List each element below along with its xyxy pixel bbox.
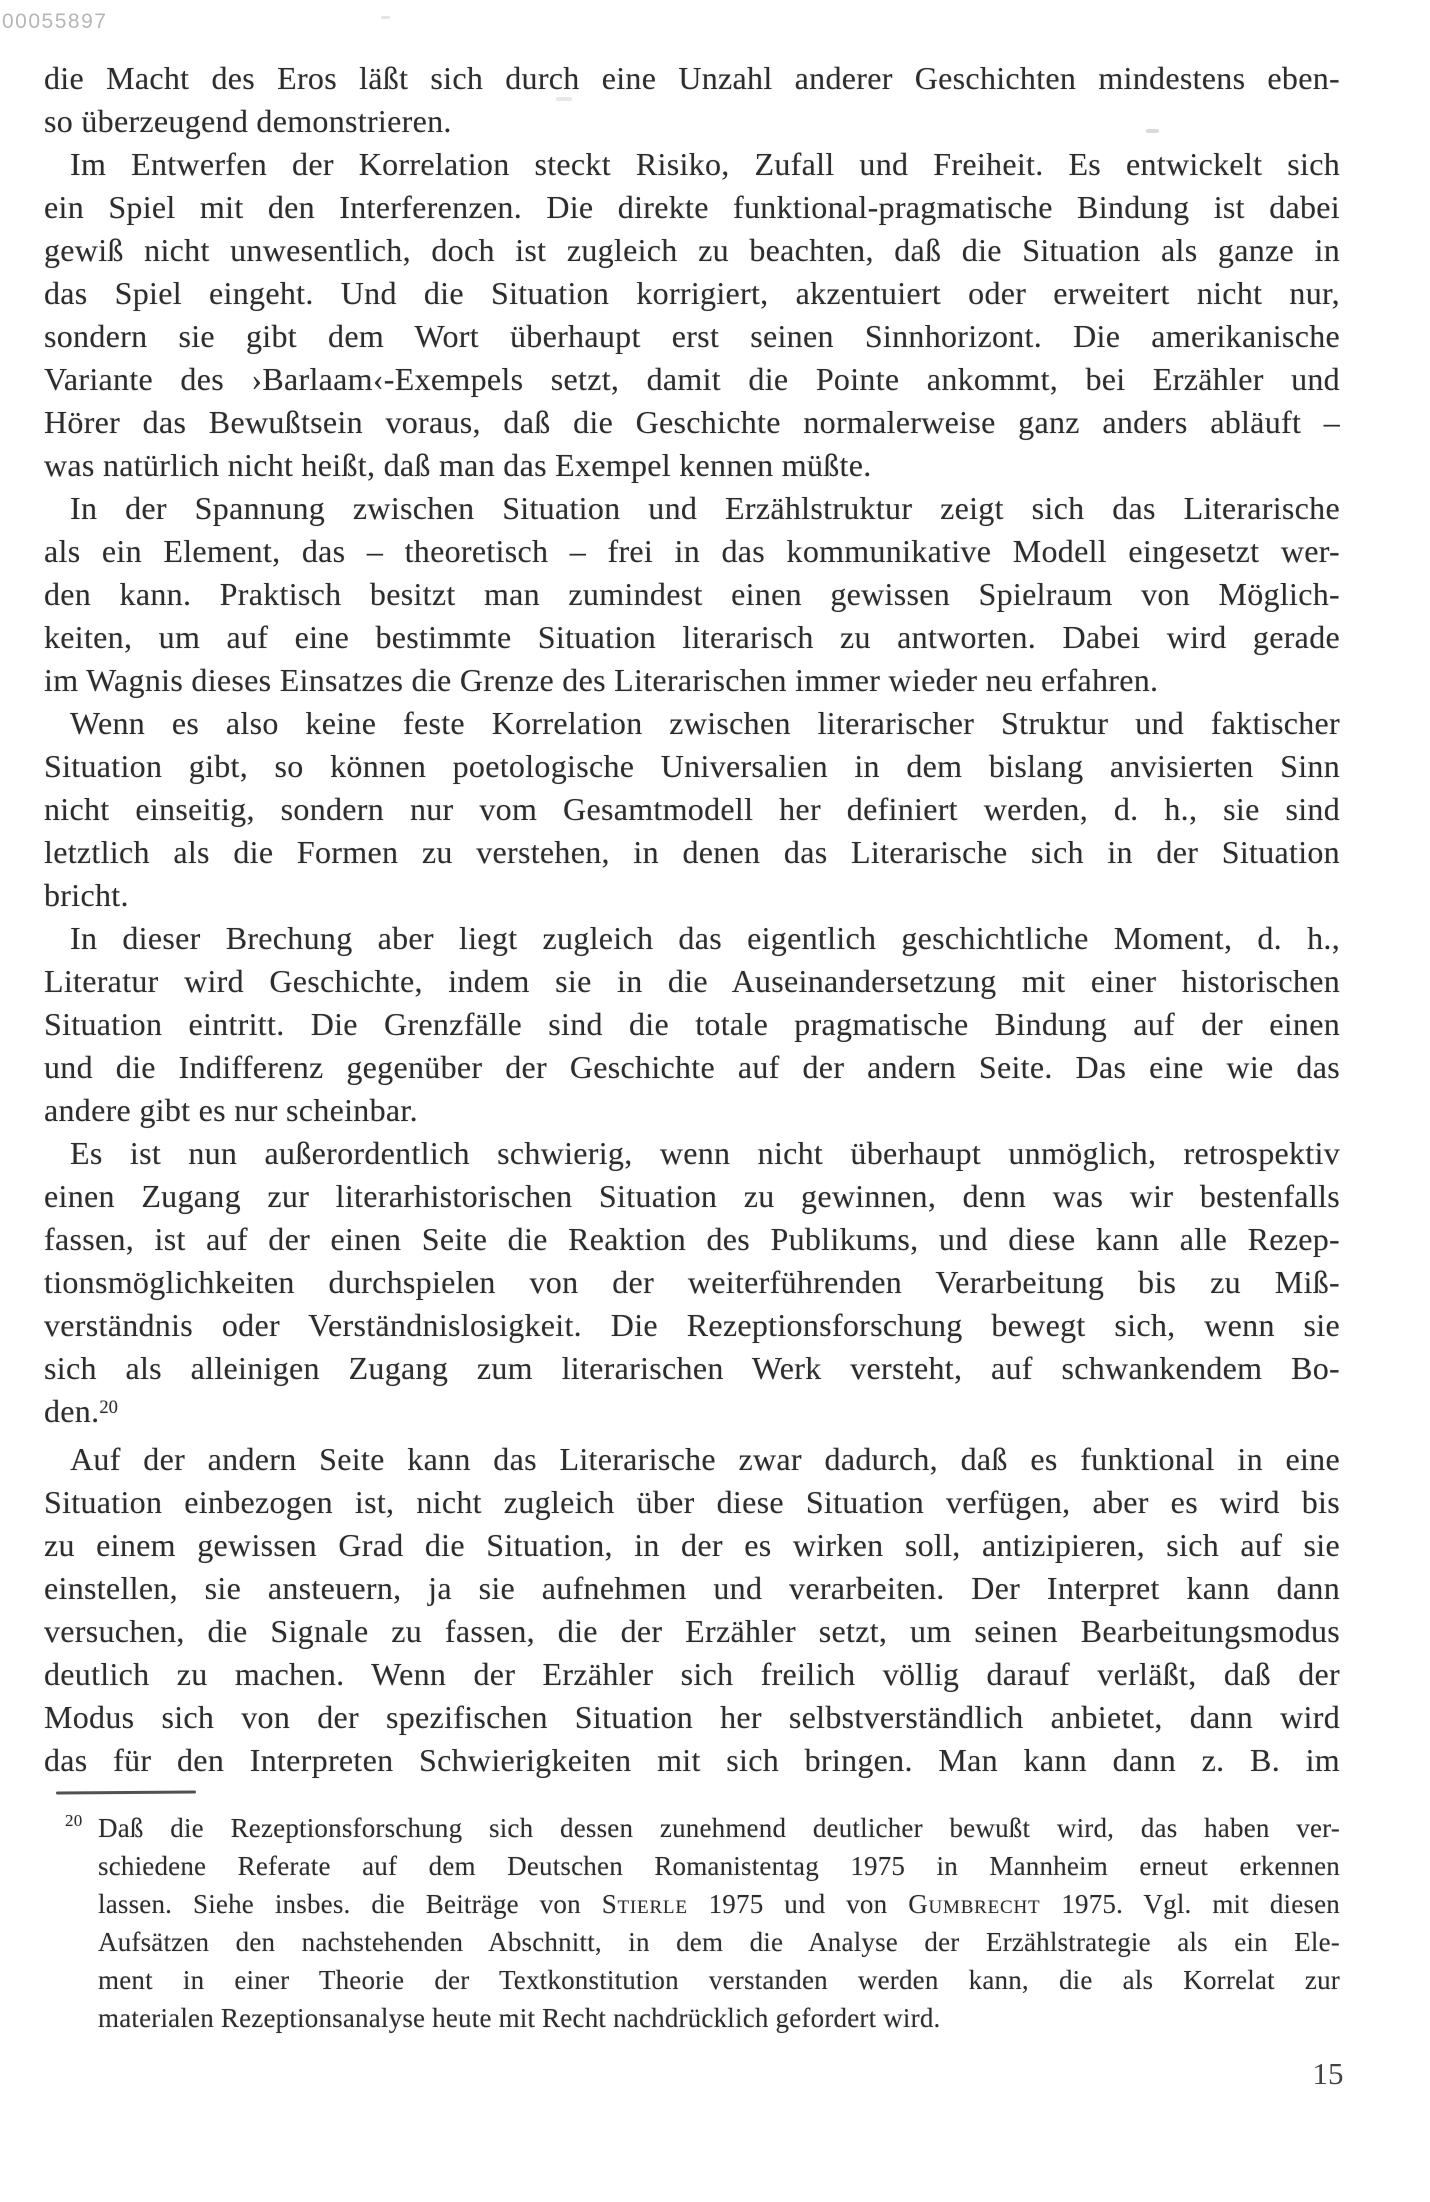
text-segment: Gumbrecht (908, 1889, 1040, 1919)
text-line: versuchen, die Signale zu fassen, die de… (44, 1610, 1340, 1653)
text-line: In dieser Brechung aber liegt zugleich d… (44, 917, 1340, 960)
footnote-separator-rule (56, 1791, 196, 1795)
text-line: In der Spannung zwischen Situation und E… (44, 487, 1340, 530)
text-line: keiten, um auf eine bestimmte Situation … (44, 616, 1340, 659)
footnote-line: Aufsätzen den nachstehenden Abschnitt, i… (98, 1923, 1340, 1961)
page-number: 15 (1300, 2056, 1356, 2092)
text-line: tionsmöglichkeiten durchspielen von der … (44, 1261, 1340, 1304)
footnote-marker: 20 (65, 1802, 82, 1840)
footnote-line: materialen Rezeptionsanalyse heute mit R… (98, 1999, 1340, 2037)
scan-artifact (381, 16, 390, 19)
text-line: verständnis oder Verständnislosigkeit. D… (44, 1304, 1340, 1347)
text-line: so überzeugend demonstrieren. (44, 100, 1340, 143)
text-line: Variante des ›Barlaam‹-Exempels setzt, d… (44, 358, 1340, 401)
footnote-line: ment in einer Theorie der Textkonstituti… (98, 1961, 1340, 1999)
text-line: als ein Element, das – theoretisch – fre… (44, 530, 1340, 573)
text-segment: Daß die Rezeptionsforschung sich dessen … (98, 1813, 1340, 1843)
text-line: Situation gibt, so können poetologische … (44, 745, 1340, 788)
text-segment: den. (44, 1393, 99, 1429)
footnote-reference: 20 (99, 1397, 118, 1418)
text-line: Situation einbezogen ist, nicht zugleich… (44, 1481, 1340, 1524)
text-line: Literatur wird Geschichte, indem sie in … (44, 960, 1340, 1003)
text-line: den.20 (44, 1390, 1340, 1438)
footnote-line: 20Daß die Rezeptionsforschung sich desse… (98, 1809, 1340, 1847)
text-line: einstellen, sie ansteuern, ja sie aufneh… (44, 1567, 1340, 1610)
text-line: Es ist nun außerordentlich schwierig, we… (44, 1132, 1340, 1175)
text-line: zu einem gewissen Grad die Situation, in… (44, 1524, 1340, 1567)
text-line: Hörer das Bewußtsein voraus, daß die Ges… (44, 401, 1340, 444)
text-line: den kann. Praktisch besitzt man zumindes… (44, 573, 1340, 616)
text-line: Wenn es also keine feste Korrelation zwi… (44, 702, 1340, 745)
text-line: Situation eintritt. Die Grenzfälle sind … (44, 1003, 1340, 1046)
text-segment: lassen. Siehe insbes. die Beiträge von (98, 1889, 602, 1919)
text-segment: 1975 und von (688, 1889, 908, 1919)
footnote-line: lassen. Siehe insbes. die Beiträge von S… (98, 1885, 1340, 1923)
text-line: bricht. (44, 874, 1340, 917)
text-line: die Macht des Eros läßt sich durch eine … (44, 57, 1340, 100)
body-text: die Macht des Eros läßt sich durch eine … (44, 57, 1340, 1782)
text-line: sondern sie gibt dem Wort überhaupt erst… (44, 315, 1340, 358)
text-line: nicht einseitig, sondern nur vom Gesamtm… (44, 788, 1340, 831)
text-line: sich als alleinigen Zugang zum literaris… (44, 1347, 1340, 1390)
text-line: im Wagnis dieses Einsatzes die Grenze de… (44, 659, 1340, 702)
text-line: einen Zugang zur literarhistorischen Sit… (44, 1175, 1340, 1218)
text-segment: 1975. Vgl. mit diesen (1040, 1889, 1340, 1919)
footnote: 20Daß die Rezeptionsforschung sich desse… (98, 1809, 1340, 2037)
text-line: was natürlich nicht heißt, daß man das E… (44, 444, 1340, 487)
footnote-line: schiedene Referate auf dem Deutschen Rom… (98, 1847, 1340, 1885)
book-page-scan: 00055897 die Macht des Eros läßt sich du… (0, 0, 1430, 2202)
text-line: fassen, ist auf der einen Seite die Reak… (44, 1218, 1340, 1261)
text-line: ein Spiel mit den Interferenzen. Die dir… (44, 186, 1340, 229)
text-line: deutlich zu machen. Wenn der Erzähler si… (44, 1653, 1340, 1696)
text-segment: Stierle (602, 1889, 688, 1919)
text-line: andere gibt es nur scheinbar. (44, 1089, 1340, 1132)
text-line: Auf der andern Seite kann das Literarisc… (44, 1438, 1340, 1481)
text-line: gewiß nicht unwesentlich, doch ist zugle… (44, 229, 1340, 272)
text-line: das Spiel eingeht. Und die Situation kor… (44, 272, 1340, 315)
text-line: und die Indifferenz gegenüber der Geschi… (44, 1046, 1340, 1089)
text-line: Im Entwerfen der Korrelation steckt Risi… (44, 143, 1340, 186)
text-line: letztlich als die Formen zu verstehen, i… (44, 831, 1340, 874)
text-line: das für den Interpreten Schwierigkeiten … (44, 1739, 1340, 1782)
scan-id-stamp: 00055897 (2, 10, 107, 34)
text-line: Modus sich von der spezifischen Situatio… (44, 1696, 1340, 1739)
